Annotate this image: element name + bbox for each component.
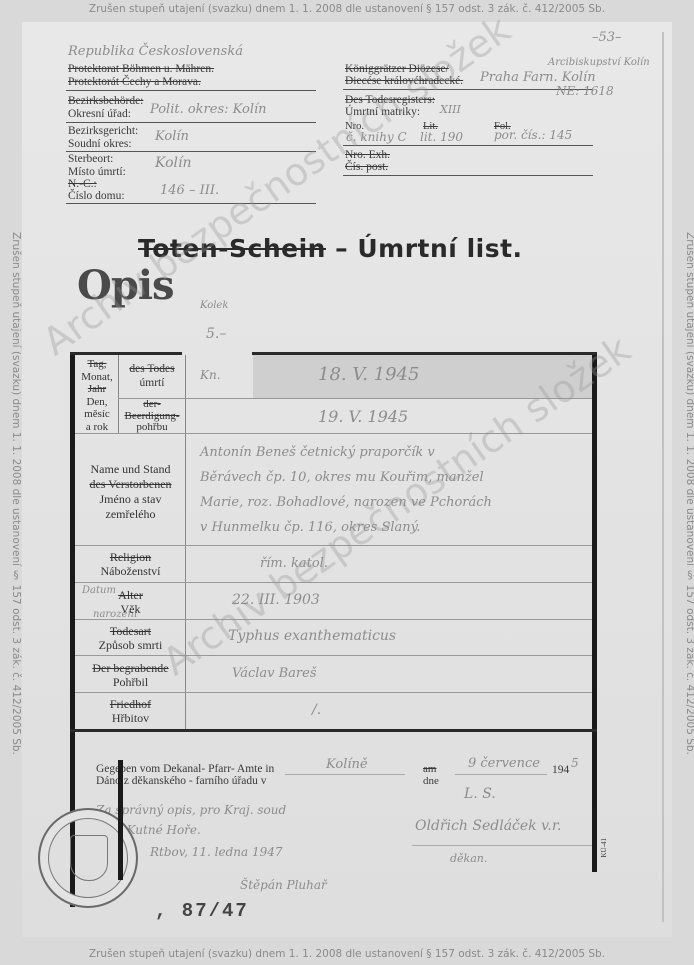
official-seal (38, 808, 138, 908)
copy-stamp: Opis (77, 262, 174, 309)
buried-by-value: Václav Bareš (232, 666, 317, 681)
form-code: KÚ-41 (598, 838, 611, 857)
buried-by-label: Der begrabende Pohřbil (76, 661, 185, 689)
name-value: Antonín Beneš četnický praporčík v Běráv… (200, 440, 492, 540)
diocese-label-cz: Diecése královéhradecké. (345, 75, 463, 88)
exh-label-cz: Čís. post. (345, 161, 388, 174)
row-divider (75, 655, 592, 656)
divider (285, 774, 405, 775)
table-border-left-lower (118, 760, 123, 880)
column-divider (185, 355, 186, 729)
death-date-label: des Todes úmrtí (119, 362, 185, 390)
seal-mark: L. S. (464, 786, 496, 802)
cemetery-value: /. (312, 702, 321, 718)
title-german: Toten-Schein (138, 234, 326, 263)
religion-label: Religion Náboženství (76, 550, 185, 578)
row-divider (75, 692, 592, 693)
district-office-label-cz: Okresní úřad: (68, 108, 131, 121)
issued-date-label-cz: dne (423, 775, 439, 788)
state-printed-de: Protektorat Böhmen u. Mähren. (68, 63, 214, 76)
age-label: Alter Věk (76, 588, 185, 616)
divider (343, 175, 593, 176)
divider (412, 845, 592, 846)
house-label-cz: Číslo domu: (68, 190, 125, 203)
district-office-value: Polit. okres: Kolín (150, 102, 267, 117)
divider (455, 774, 547, 775)
cause-of-death-label: Todesart Způsob smrti (76, 624, 185, 652)
divider (66, 122, 316, 123)
title-separator: – (335, 234, 348, 263)
divider (343, 145, 593, 146)
death-date-shaded-cell (253, 355, 592, 399)
district-office-label-de: Bezirksbehörde: (68, 95, 143, 108)
issued-year-suffix: 5 (571, 756, 579, 770)
diocese-value: Praha Farn. Kolín (480, 70, 596, 85)
divider (66, 151, 316, 152)
fee-value: 5.– (206, 326, 226, 342)
cause-of-death-value: Typhus exanthematicus (228, 628, 396, 644)
row-divider (75, 582, 592, 583)
row-divider (118, 398, 592, 399)
signatory-title: děkan. (450, 852, 487, 865)
place-value: Kolín (155, 155, 191, 171)
place-label-de: Sterbeort: (68, 153, 113, 166)
date-group-label: Tag, Monat, Jahr Den, měsíc a rok (76, 358, 118, 433)
coat-of-arms-icon (70, 835, 108, 881)
fee-label: Kolek (200, 300, 228, 311)
issued-year-prefix: 194 (552, 764, 569, 777)
register-value: XIII (440, 103, 461, 116)
reference-number: , 87/47 (155, 900, 249, 922)
declassification-notice-right: Zrušen stupeň utajení (svazku) dnem 1. 1… (676, 232, 694, 732)
register-number: NE: 1618 (556, 84, 614, 98)
house-value: 146 – III. (160, 183, 219, 198)
divider (66, 90, 316, 91)
diocese-note: Arcibiskupství Kolín (548, 57, 650, 68)
divider (66, 203, 316, 204)
declassification-notice-bottom: Zrušen stupeň utajení (svazku) dnem 1. 1… (0, 948, 694, 960)
burial-date-label: der- Beerdigung- pohřbu (119, 399, 185, 434)
court-label-de: Bezirksgericht: (68, 125, 138, 138)
declassification-notice-top: Zrušen stupeň utajení (svazku) dnem 1. 1… (0, 3, 694, 15)
death-date-prefix: Kn. (200, 368, 221, 382)
lit-value: lit. 190 (420, 130, 463, 144)
age-value: 22. III. 1903 (232, 592, 320, 608)
title-czech: Úmrtní list. (357, 234, 522, 263)
page-number: –53– (592, 30, 622, 45)
verification-signature: Štěpán Pluhař (240, 878, 327, 892)
declassification-notice-left: Zrušen stupeň utajení (svazku) dnem 1. 1… (2, 232, 22, 732)
death-date-value: 18. V. 1945 (318, 364, 419, 385)
court-value: Kolín (155, 129, 189, 144)
signatory: Oldřich Sedláček v.r. (415, 818, 561, 834)
nro-value: č. knihy C (346, 130, 407, 144)
name-label: Name und Stand des Verstorbenen Jméno a … (76, 462, 185, 522)
fol-value: por. čís.: 145 (494, 128, 572, 142)
religion-value: řím. katol. (260, 556, 328, 571)
row-divider (75, 619, 592, 620)
verification-place-date: Rtbov, 11. ledna 1947 (150, 845, 283, 859)
row-divider (75, 545, 592, 546)
table-border-bottom (70, 729, 597, 732)
court-label-cz: Soudní okres: (68, 138, 132, 151)
state-handwritten: Republika Československá (68, 44, 243, 59)
document-title: Toten-Schein – Úmrtní list. (138, 234, 523, 263)
register-label-cz: Úmrtní matriky: (345, 106, 420, 119)
cemetery-label: Friedhof Hřbitov (76, 697, 185, 725)
issued-place: Kolíně (326, 757, 368, 772)
state-printed-cz: Protektorát Čechy a Morava. (68, 76, 201, 89)
table-border-top (70, 352, 182, 355)
burial-date-value: 19. V. 1945 (318, 407, 408, 426)
table-border-right (592, 352, 597, 872)
issued-date-value: 9 července (468, 756, 540, 771)
